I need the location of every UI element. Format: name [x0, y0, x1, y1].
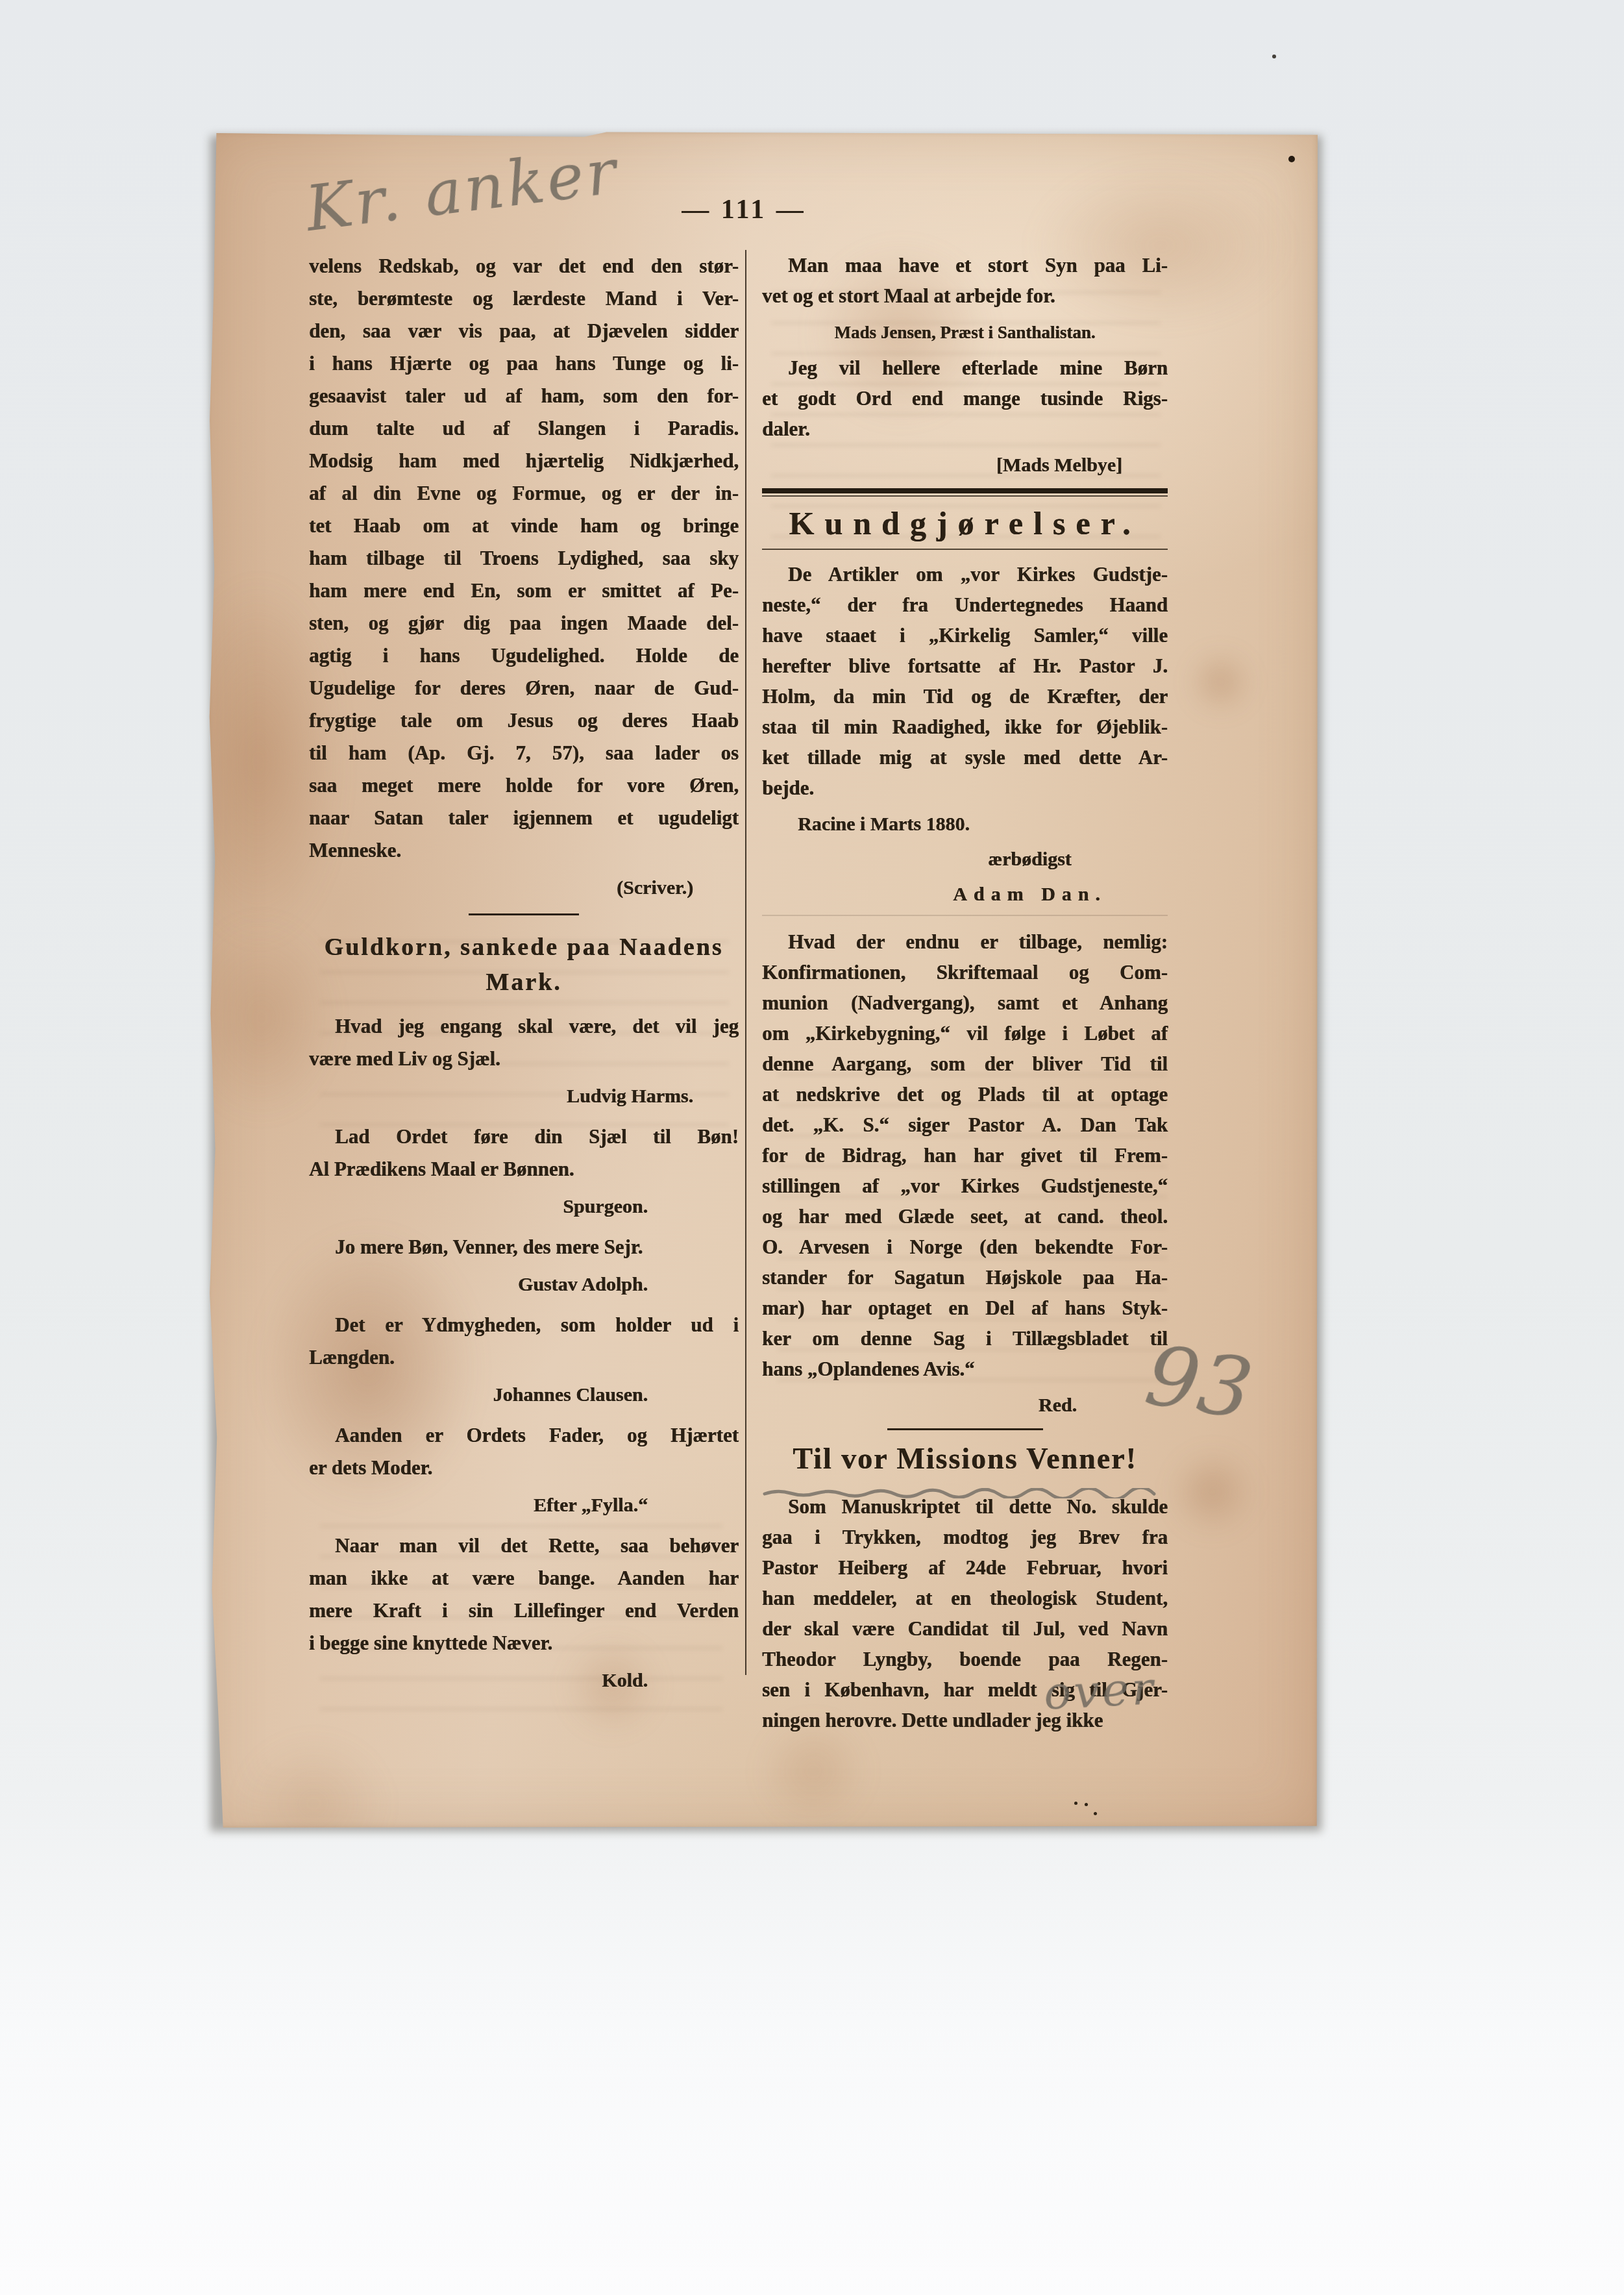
ink-dot: [1288, 156, 1295, 162]
thin-rule: [762, 549, 1168, 550]
text-line: i hans Hjærte og paa hans Tunge og li-: [309, 347, 739, 380]
text-line: stander for Sagatun Højskole paa Ha-: [762, 1262, 1168, 1293]
para-devil-continuation: velens Redskab, og var det end den stør-…: [309, 250, 739, 867]
page-number: — 111 —: [206, 194, 1281, 225]
valediction: ærbødigst: [762, 845, 1168, 875]
right-column: Man maa have et stort Syn paa Li-vet og …: [762, 250, 1168, 1742]
text-line: vet og et stort Maal at arbejde for.: [762, 280, 1168, 311]
text-line: Hvad der endnu er tilbage, nemlig:: [762, 926, 1168, 957]
attribution-kold: Kold.: [309, 1666, 739, 1696]
notice-artikler: De Artikler om „vor Kirkes Gudstje-neste…: [762, 559, 1168, 803]
text-line: Lad Ordet føre din Sjæl til Bøn!: [309, 1121, 739, 1153]
text-line: sten, og gjør dig paa ingen Maade del-: [309, 607, 739, 639]
text-line: Al Prædikens Maal er Bønnen.: [309, 1153, 739, 1185]
attribution-fylla: Efter „Fylla.“: [309, 1491, 739, 1520]
thick-rule: [762, 488, 1168, 497]
quote-aanden: Aanden er Ordets Fader, og Hjærteter det…: [309, 1419, 739, 1484]
text-line: De Artikler om „vor Kirkes Gudstje-: [762, 559, 1168, 589]
text-line: det. „K. S.“ siger Pastor A. Dan Tak: [762, 1110, 1168, 1140]
text-line: agtig i hans Ugudelighed. Holde de: [309, 639, 739, 672]
attribution-mads-jensen: Mads Jensen, Præst i Santhalistan.: [762, 317, 1168, 347]
attribution-spurgeon: Spurgeon.: [309, 1192, 739, 1222]
text-line: have staaet i „Kirkelig Samler,“ ville: [762, 620, 1168, 651]
quote-harms: Hvad jeg engang skal være, det vil jegvæ…: [309, 1010, 739, 1075]
text-line: naar Satan taler igjennem et ugudeligt: [309, 802, 739, 834]
text-line: et godt Ord end mange tusinde Rigs-: [762, 383, 1168, 414]
attribution-ludvig-harms: Ludvig Harms.: [309, 1082, 739, 1111]
text-line: hans „Oplandenes Avis.“: [762, 1354, 1168, 1384]
heading-line: Mark.: [309, 965, 739, 1000]
text-line: Længden.: [309, 1341, 739, 1374]
text-line: der skal være Candidat til Jul, ved Navn: [762, 1613, 1168, 1644]
text-line: af al din Evne og Formue, og er der in-: [309, 477, 739, 510]
text-line: til ham (Ap. Gj. 7, 57), saa lader os: [309, 737, 739, 769]
text-line: er dets Moder.: [309, 1452, 739, 1484]
text-line: saa meget mere holde for vore Øren,: [309, 769, 739, 802]
text-line: han meddeler, at en theologisk Student,: [762, 1583, 1168, 1613]
text-line: Ugudelige for deres Øren, naar de Gud-: [309, 672, 739, 704]
foxing-stain: [1190, 651, 1251, 713]
text-line: for de Bidrag, han har givet til Frem-: [762, 1140, 1168, 1171]
heading-line: Kundgjørelser.: [762, 503, 1168, 543]
text-line: mar) har optaget en Del af hans Styk-: [762, 1293, 1168, 1323]
text-line: staa til min Raadighed, ikke for Øjeblik…: [762, 712, 1168, 742]
text-line: Aanden er Ordets Fader, og Hjærtet: [309, 1419, 739, 1452]
text-line: bejde.: [762, 773, 1168, 803]
attribution-mads-melbye: [Mads Melbye]: [762, 451, 1168, 480]
text-line: munion (Nadvergang), samt et Anhang: [762, 987, 1168, 1018]
text-line: mere Kraft i sin Lillefinger end Verden: [309, 1594, 739, 1627]
text-line: ket tillade mig at sysle med dette Ar-: [762, 742, 1168, 773]
text-line: i begge sine knyttede Næver.: [309, 1627, 739, 1659]
left-column: velens Redskab, og var det end den stør-…: [309, 250, 739, 1705]
handwriting-page-mark-93: 93: [1139, 1326, 1259, 1439]
heading-til-vor-missions-venner: Til vor Missions Venner!: [762, 1441, 1168, 1477]
text-line: Man maa have et stort Syn paa Li-: [762, 250, 1168, 280]
quote-efterlade: Jeg vil hellere efterlade mine Børnet go…: [762, 353, 1168, 444]
pencil-underline: [762, 1476, 1168, 1486]
text-line: gesaavist taler ud af ham, som den for-: [309, 380, 739, 412]
text-line: og har med Glæde seet, at cand. theol.: [762, 1201, 1168, 1232]
text-line: Jeg vil hellere efterlade mine Børn: [762, 353, 1168, 383]
quote-kold: Naar man vil det Rette, saa behøverman i…: [309, 1530, 739, 1659]
text-line: stillingen af „vor Kirkes Gudstjeneste,“: [762, 1171, 1168, 1201]
text-line: Som Manuskriptet til dette No. skulde: [762, 1491, 1168, 1522]
quote-ydmygheden: Det er Ydmygheden, som holder ud iLængde…: [309, 1309, 739, 1374]
text-line: neste,“ der fra Undertegnedes Haand: [762, 589, 1168, 620]
foxing-stain: [239, 1735, 388, 1872]
attribution-johannes-clausen: Johannes Clausen.: [309, 1380, 739, 1410]
text-line: ham mere end En, som er smittet af Pe-: [309, 575, 739, 607]
text-line: være med Liv og Sjæl.: [309, 1043, 739, 1075]
text-line: Menneske.: [309, 834, 739, 867]
text-line: Jo mere Bøn, Venner, des mere Sejr.: [309, 1231, 739, 1263]
text-line: den, saa vær vis paa, at Djævelen sidder: [309, 315, 739, 347]
quote-syn-paa-livet: Man maa have et stort Syn paa Li-vet og …: [762, 250, 1168, 311]
text-line: Hvad jeg engang skal være, det vil jeg: [309, 1010, 739, 1043]
attribution-red: Red.: [762, 1391, 1168, 1420]
text-line: frygtige tale om Jesus og deres Haab: [309, 704, 739, 737]
handwriting-owner-name: Kr. anker: [302, 135, 622, 245]
text-line: Pastor Heiberg af 24de Februar, hvori: [762, 1552, 1168, 1583]
heading-line: Guldkorn, sankede paa Naadens: [309, 930, 739, 965]
text-line: dum talte ud af Slangen i Paradis.: [309, 412, 739, 445]
column-divider-rule: [745, 250, 746, 1675]
text-line: O. Arvesen i Norge (den bekendte For-: [762, 1232, 1168, 1262]
signature-adam-dan: Adam Dan.: [762, 880, 1168, 910]
ink-dots: [1074, 1802, 1077, 1805]
text-line: om „Kirkebygning,“ vil følge i Løbet af: [762, 1018, 1168, 1048]
heading-line: Til vor Missions Venner!: [762, 1441, 1168, 1477]
attribution-scriver: (Scriver.): [309, 873, 739, 903]
text-line: gaa i Trykken, modtog jeg Brev fra: [762, 1522, 1168, 1552]
section-divider: [469, 913, 579, 915]
section-divider: [887, 1428, 1043, 1430]
heading-kundgjorelser: Kundgjørelser.: [762, 503, 1168, 543]
notice-tilbage: Hvad der endnu er tilbage, nemlig:Konfir…: [762, 926, 1168, 1384]
text-line: at nedskrive det og Plads til at optage: [762, 1079, 1168, 1110]
quote-spurgeon: Lad Ordet føre din Sjæl til Bøn!Al Prædi…: [309, 1121, 739, 1185]
foxing-stain: [1170, 1450, 1255, 1534]
scanned-page: Kr. anker — 111 — velens Redskab, og var…: [0, 0, 1624, 2295]
heading-guldkorn: Guldkorn, sankede paa NaadensMark.: [309, 930, 739, 1000]
faint-rule: [762, 915, 1168, 916]
text-line: Modsig ham med hjærtelig Nidkjærhed,: [309, 445, 739, 477]
text-line: Det er Ydmygheden, som holder ud i: [309, 1309, 739, 1341]
text-line: velens Redskab, og var det end den stør-: [309, 250, 739, 282]
text-line: ham tilbage til Troens Lydighed, saa sky: [309, 542, 739, 575]
text-line: tet Haab om at vinde ham og bringe: [309, 510, 739, 542]
text-line: Konfirmationen, Skriftemaal og Com-: [762, 957, 1168, 987]
attribution-gustav-adolph: Gustav Adolph.: [309, 1270, 739, 1300]
text-line: denne Aargang, som der bliver Tid til: [762, 1048, 1168, 1079]
text-line: Holm, da min Tid og de Kræfter, der: [762, 681, 1168, 712]
background-speck: [1272, 55, 1276, 58]
text-line: man ikke at være bange. Aanden har: [309, 1562, 739, 1594]
text-line: herefter blive fortsatte af Hr. Pastor J…: [762, 651, 1168, 681]
text-line: daler.: [762, 414, 1168, 444]
dateline-racine: Racine i Marts 1880.: [762, 810, 1168, 839]
text-line: Naar man vil det Rette, saa behøver: [309, 1530, 739, 1562]
quote-gustav-adolph: Jo mere Bøn, Venner, des mere Sejr.: [309, 1231, 739, 1263]
handwriting-over: over: [1042, 1661, 1157, 1720]
paper-sheet: Kr. anker — 111 — velens Redskab, og var…: [206, 132, 1318, 1828]
text-line: ste, berømteste og lærdeste Mand i Ver-: [309, 282, 739, 315]
text-line: ker om denne Sag i Tillægsbladet til: [762, 1323, 1168, 1354]
